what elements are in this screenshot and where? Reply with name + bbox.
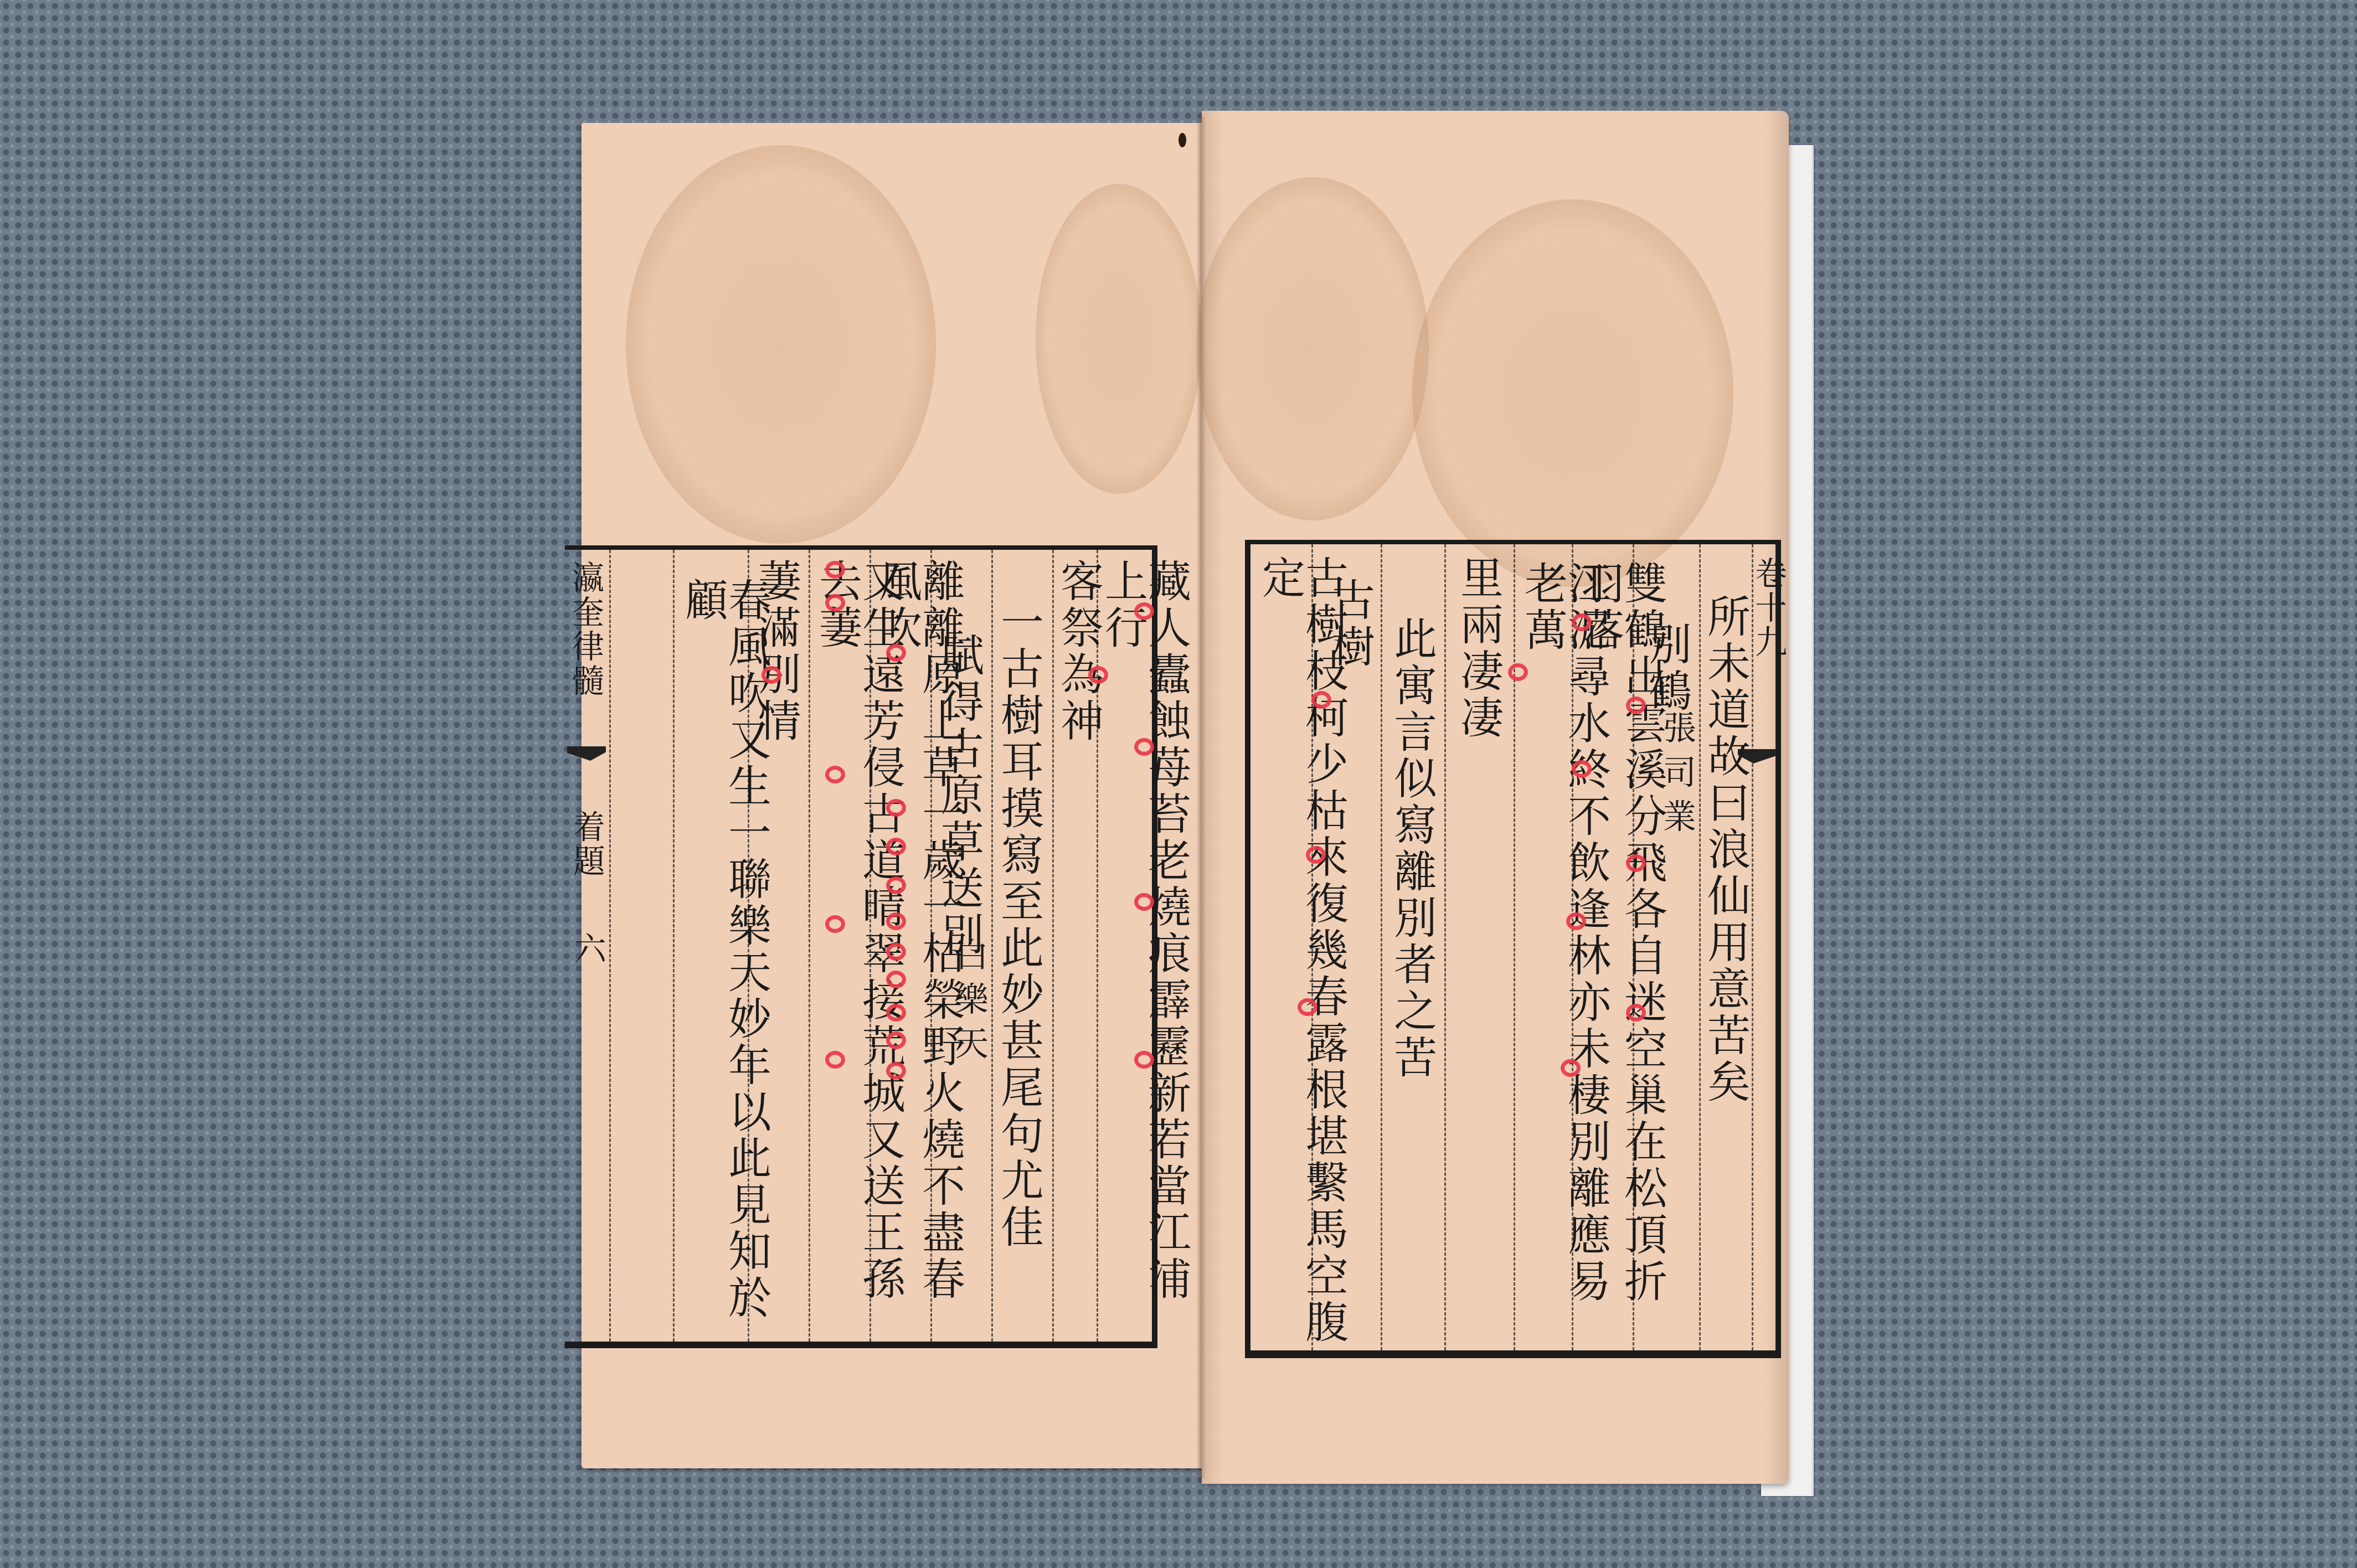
red-circle-mark [886,1062,906,1080]
water-stain [1412,199,1733,587]
water-stain [626,145,936,544]
red-circle-mark [1626,697,1646,714]
column-rule [991,550,993,1342]
text-column-1: 藏人蠹蝕苺苔老燒痕霹靂新若當江浦上行 [1101,559,1187,1342]
margin-section: 着題 [570,810,603,879]
text-column-8: 古樹枝柯少枯來復幾春露根堪繫馬空腹定 [1258,555,1345,1350]
column-rule [609,550,611,1342]
red-circle-mark [886,1004,906,1022]
red-circle-mark [1134,1051,1154,1069]
water-stain [1036,184,1202,494]
margin-book-title: 瀛奎律髓 [569,561,601,698]
red-circle-mark [1298,998,1318,1016]
red-circle-mark [886,943,906,961]
text-column-3: 一古樹耳摸寫至此妙甚尾句尤佳 [997,600,1040,1251]
text-column-4: 江泥尋水終不飲逢林亦未棲別離應易老萬 [1521,561,1607,1350]
red-circle-mark [825,1051,845,1069]
red-circle-mark [1572,613,1592,631]
red-circle-mark [886,912,906,930]
column-rule [1381,544,1382,1350]
right-print-frame: 卷十九 所未道故曰浪仙用意苦矣 別鶴 張司業 雙鶴出雲溪分飛各自迷空巢在松頂折羽… [1245,540,1781,1358]
red-circle-mark [886,838,906,855]
text-column-2: 客祭為神 [1057,559,1100,745]
red-circle-mark [886,971,906,988]
red-circle-mark [1088,666,1108,684]
red-circle-mark [886,1031,906,1049]
red-circle-mark [1561,1059,1581,1077]
red-circle-mark [1566,912,1586,930]
column-rule [809,550,810,1342]
red-circle-mark [1626,1004,1646,1022]
wormhole-mark [1179,133,1186,147]
red-circle-mark [1311,691,1331,709]
text-column-6: 此寓言似寫離別者之苦 [1390,616,1433,1081]
text-column-1: 所未道故曰浪仙用意苦矣 [1704,594,1747,1106]
red-circle-mark [1572,760,1592,778]
left-print-frame: 瀛奎律髓 着題 六 藏人蠹蝕苺苔老燒痕霹靂新若當江浦上行 客祭為神 一古樹耳摸寫… [565,545,1157,1348]
column-rule [1444,544,1446,1350]
text-column-5: 里兩凄凄 [1457,555,1500,741]
red-circle-mark [1134,893,1154,911]
red-circle-mark [825,594,845,612]
margin-page-number: 六 [572,932,604,966]
column-rule [1752,544,1753,1350]
red-circle-mark [886,644,906,662]
fishtail-ornament [567,746,606,761]
red-circle-mark [1626,854,1646,872]
column-rule [673,550,675,1342]
water-stain [1196,177,1429,520]
text-column-8: 春風吹又生一聯樂天妙年以此見知於顧 [681,577,768,1342]
red-circle-mark [1134,738,1154,756]
book-gutter [1196,116,1206,1478]
red-circle-mark [886,876,906,894]
red-circle-mark [825,766,845,783]
red-circle-mark [886,799,906,817]
red-circle-mark [1134,602,1154,620]
red-circle-mark [1306,846,1326,864]
margin-volume: 卷十九 [1752,556,1784,659]
red-circle-mark [761,666,781,684]
red-circle-mark [825,915,845,933]
red-circle-mark [825,561,845,579]
red-circle-mark [1508,663,1528,681]
